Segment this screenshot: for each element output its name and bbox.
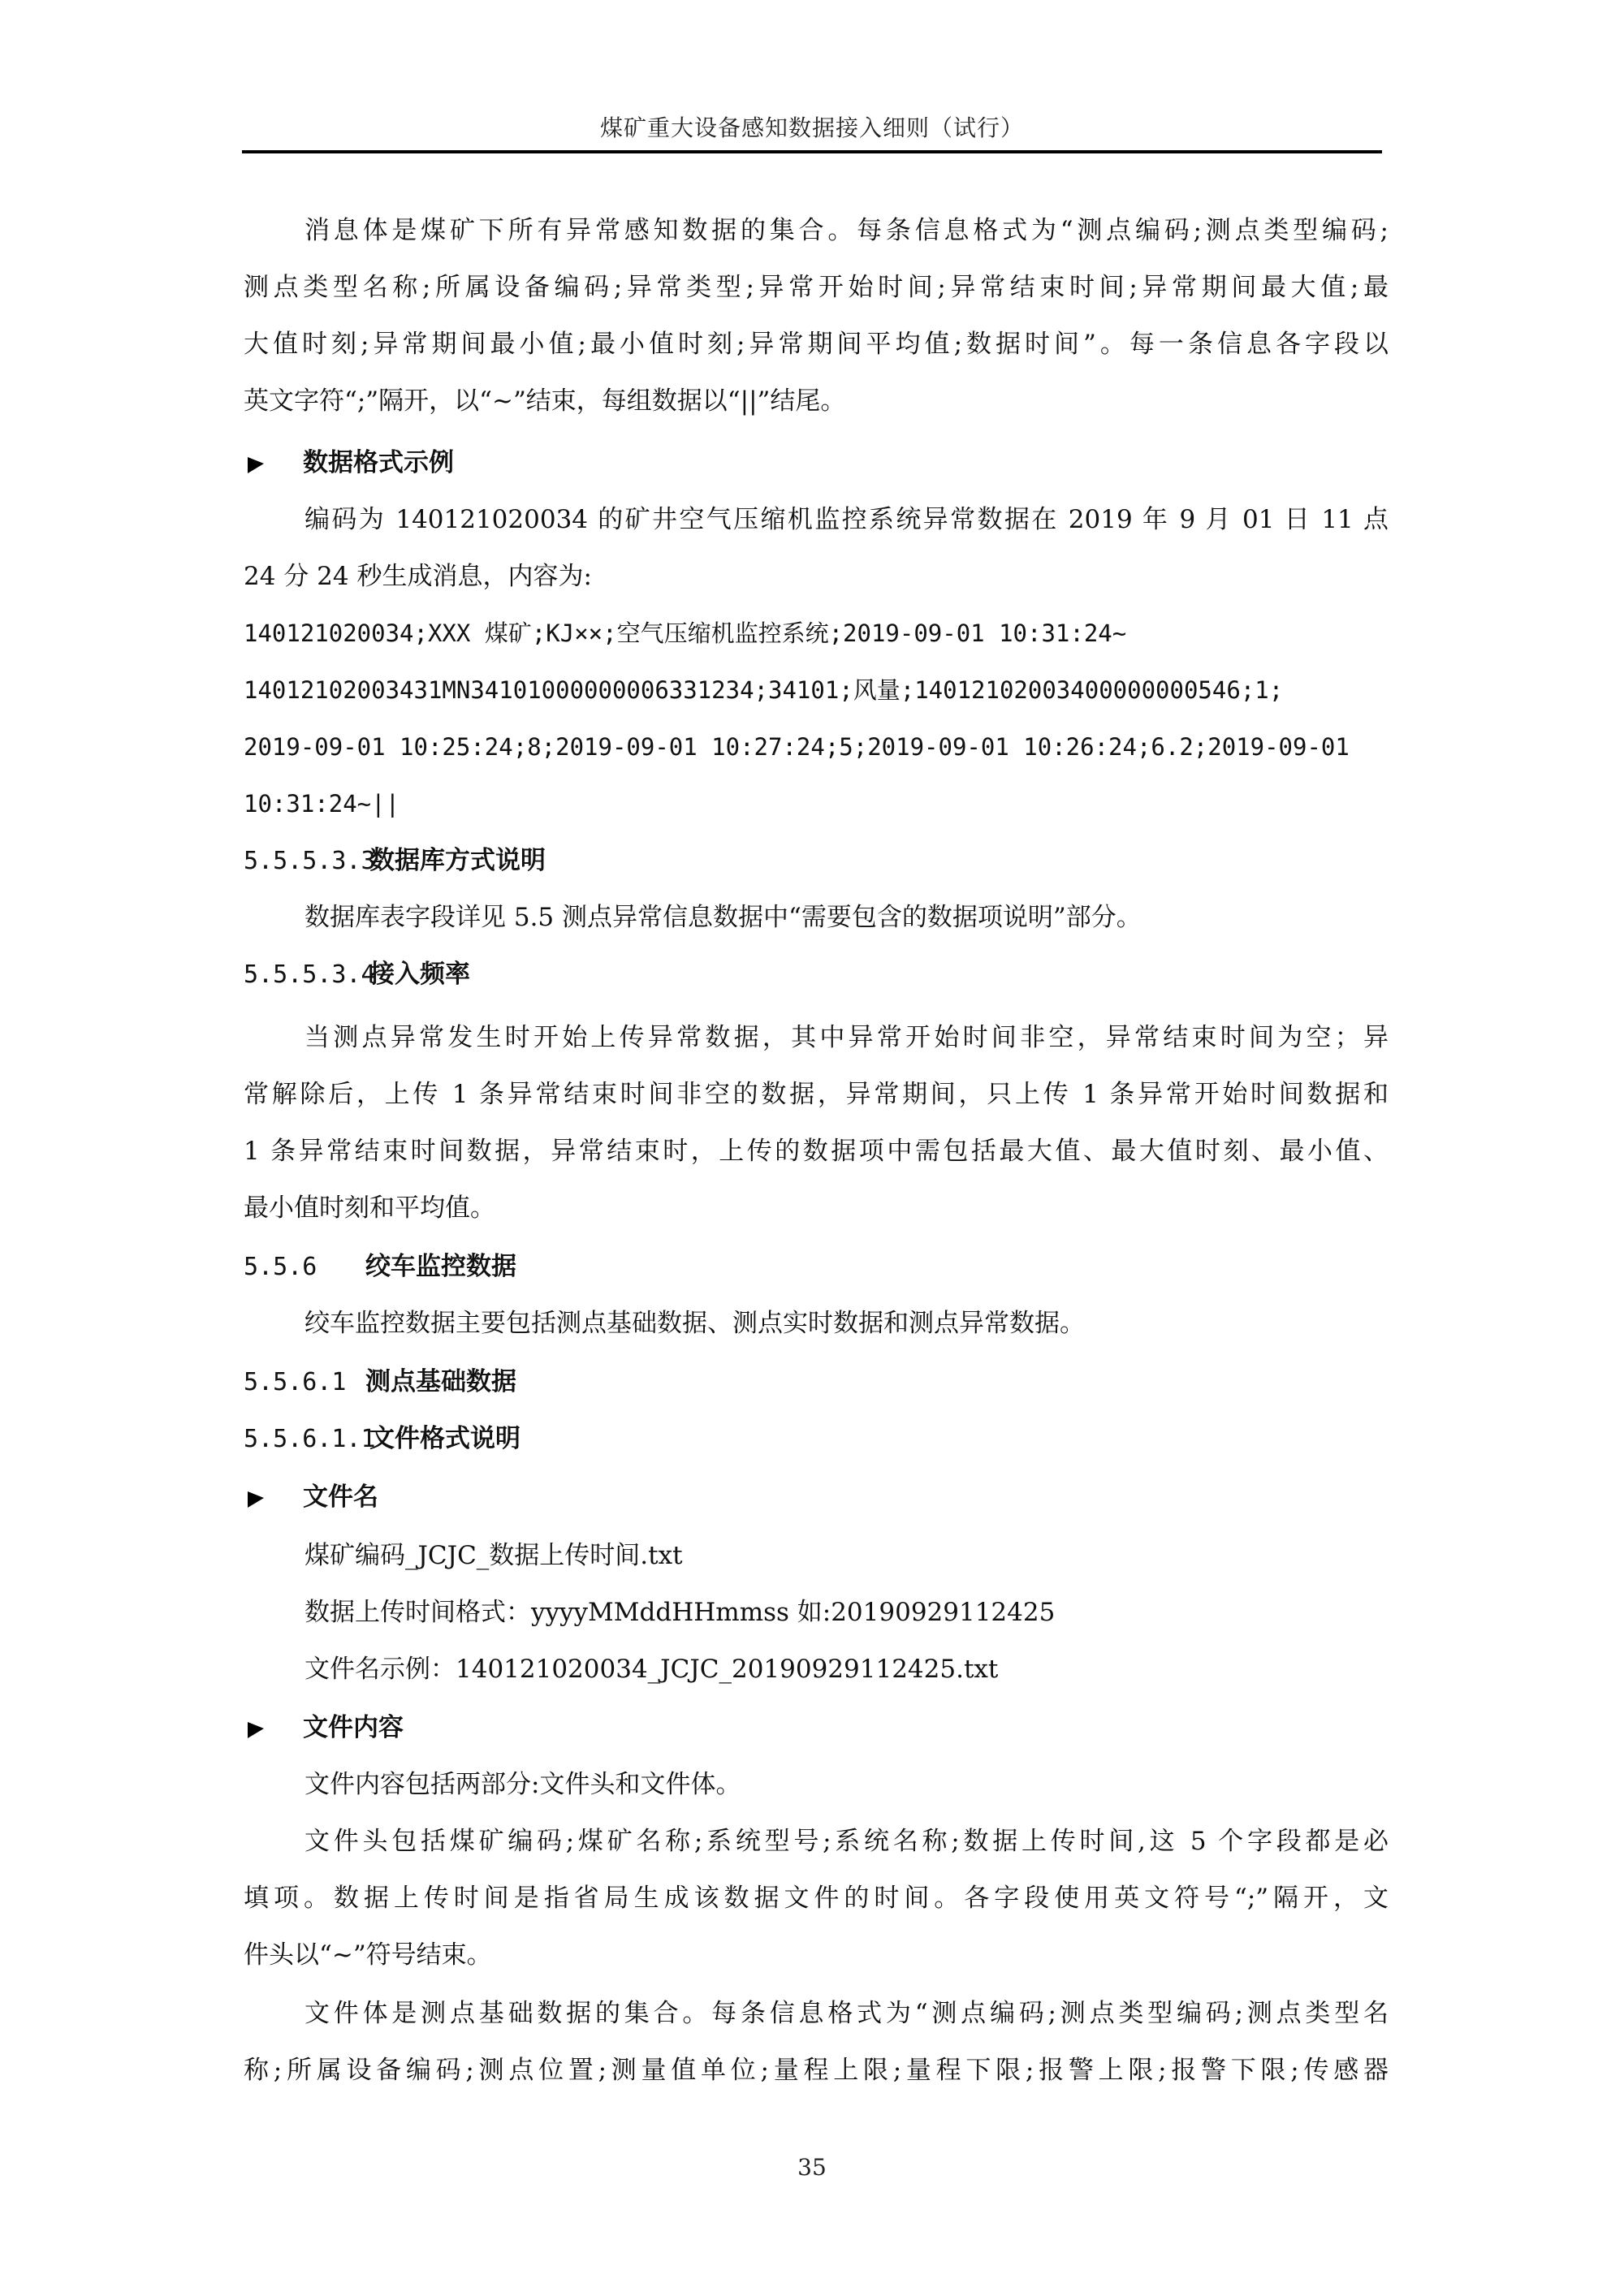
example-message-line: 14012102003431MN34101000000006331234;341… xyxy=(244,674,1283,706)
paragraph-line: 消息体是煤矿下所有异常感知数据的集合。每条信息格式为“测点编码;测点类型编码; xyxy=(304,214,1389,247)
paragraph-line: 文件内容包括两部分:文件头和文件体。 xyxy=(304,1768,741,1801)
paragraph-line: 编码为 140121020034 的矿井空气压缩机监控系统异常数据在 2019 … xyxy=(304,503,1389,536)
section-heading-5-5-6: 5.5.6绞车监控数据 xyxy=(244,1250,516,1284)
bullet-item-filename: 文件名 xyxy=(248,1481,378,1514)
arrow-bullet-icon xyxy=(248,455,264,473)
section-heading-5-5-5-3-3: 5.5.5.3.3数据库方式说明 xyxy=(244,844,546,878)
bullet-item-data-format-example: 数据格式示例 xyxy=(248,447,454,480)
header-rule xyxy=(242,150,1382,153)
running-header: 煤矿重大设备感知数据接入细则（试行） xyxy=(242,114,1382,143)
section-heading-5-5-6-1-1: 5.5.6.1.1文件格式说明 xyxy=(244,1422,520,1456)
paragraph-line: 测点类型名称;所属设备编码;异常类型;异常开始时间;异常结束时间;异常期间最大值… xyxy=(244,271,1389,304)
filename-example: 文件名示例：140121020034_JCJC_20190929112425.t… xyxy=(304,1653,998,1685)
bullet-item-file-content: 文件内容 xyxy=(248,1711,404,1745)
arrow-bullet-icon xyxy=(248,1490,264,1508)
paragraph-line: 最小值时刻和平均值。 xyxy=(244,1192,495,1224)
example-message-line: 140121020034;XXX 煤矿;KJ××;空气压缩机监控系统;2019-… xyxy=(244,617,1126,650)
example-message-line: 2019-09-01 10:25:24;8;2019-09-01 10:27:2… xyxy=(244,731,1350,763)
document-page: 煤矿重大设备感知数据接入细则（试行） 消息体是煤矿下所有异常感知数据的集合。每条… xyxy=(0,0,1624,2296)
paragraph-line: 文件头包括煤矿编码;煤矿名称;系统型号;系统名称;数据上传时间,这 5 个字段都… xyxy=(304,1825,1389,1858)
paragraph-line: 填项。数据上传时间是指省局生成该数据文件的时间。各字段使用英文符号“;”隔开，文 xyxy=(244,1882,1389,1914)
paragraph-line: 当测点异常发生时开始上传异常数据，其中异常开始时间非空，异常结束时间为空；异 xyxy=(304,1021,1389,1054)
paragraph-line: 24 分 24 秒生成消息，内容为: xyxy=(244,560,592,593)
arrow-bullet-icon xyxy=(248,1720,264,1738)
paragraph-line: 件头以“~”符号结束。 xyxy=(244,1939,492,1971)
page-number: 35 xyxy=(0,2153,1624,2182)
example-message-line: 10:31:24~|| xyxy=(244,788,400,820)
paragraph-line: 1 条异常结束时间数据，异常结束时，上传的数据项中需包括最大值、最大值时刻、最小… xyxy=(244,1135,1389,1167)
paragraph-line: 称;所属设备编码;测点位置;测量值单位;量程上限;量程下限;报警上限;报警下限;… xyxy=(244,2054,1389,2087)
paragraph-line: 绞车监控数据主要包括测点基础数据、测点实时数据和测点异常数据。 xyxy=(304,1307,1085,1340)
paragraph-line: 英文字符“;”隔开，以“~”结束，每组数据以“||”结尾。 xyxy=(244,385,845,417)
section-heading-5-5-6-1: 5.5.6.1测点基础数据 xyxy=(244,1366,516,1399)
paragraph-line: 常解除后，上传 1 条异常结束时间非空的数据，异常期间，只上传 1 条异常开始时… xyxy=(244,1078,1389,1111)
paragraph-line: 文件体是测点基础数据的集合。每条信息格式为“测点编码;测点类型编码;测点类型名 xyxy=(304,1997,1389,2030)
paragraph-line: 大值时刻;异常期间最小值;最小值时刻;异常期间平均值;数据时间”。每一条信息各字… xyxy=(244,328,1389,360)
paragraph-line: 数据库表字段详见 5.5 测点异常信息数据中“需要包含的数据项说明”部分。 xyxy=(304,901,1142,934)
section-heading-5-5-5-3-4: 5.5.5.3.4接入频率 xyxy=(244,958,470,991)
filename-pattern: 煤矿编码_JCJC_数据上传时间.txt xyxy=(304,1539,683,1572)
upload-time-format: 数据上传时间格式：yyyyMMddHHmmss 如:20190929112425 xyxy=(304,1596,1055,1629)
